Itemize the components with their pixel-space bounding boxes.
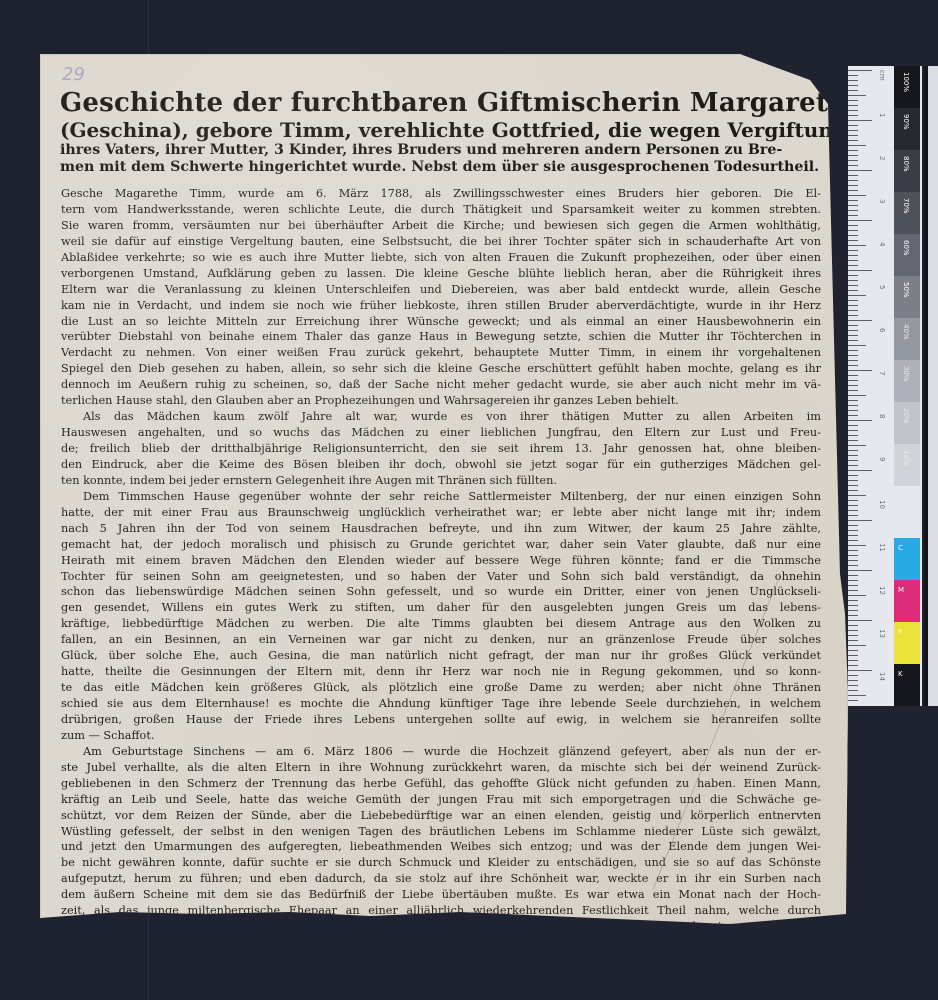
ruler-tick [848, 485, 858, 486]
ruler-tick [848, 230, 858, 231]
ruler-tick [848, 300, 858, 301]
ruler-tick [848, 620, 872, 621]
gray-patch-label: 90% [902, 114, 910, 130]
ruler-tick [848, 320, 872, 321]
ruler-label: 7 [878, 371, 886, 375]
ruler-tick [848, 360, 858, 361]
ruler-label: 5 [878, 285, 886, 289]
gray-patch: 50% [894, 276, 920, 318]
ruler-tick [848, 270, 872, 271]
body-text-line: hatte, theilte die Gesinnungen der Elter… [61, 664, 821, 680]
body-text-line: Mann gegenüber, der ihr seine Huldigunge… [61, 983, 821, 999]
ruler-tick [848, 475, 858, 476]
ruler-tick [848, 80, 858, 81]
gray-patch: 60% [894, 234, 920, 276]
ruler-label: 8 [878, 414, 886, 418]
body-text-line: gen gesendet, Willens ein gutes Werk zu … [61, 600, 821, 616]
color-patch-label: Y [898, 628, 902, 636]
ruler-label: 10 [878, 500, 886, 509]
ruler-tick [848, 155, 858, 156]
color-patch-label: M [898, 586, 904, 594]
ruler-tick [848, 530, 858, 531]
ruler-tick [848, 495, 866, 496]
ruler-tick [848, 170, 872, 171]
ruler-tick [848, 675, 858, 676]
body-text-line: und jetzt den Umarmungen des aufgeregten… [61, 839, 821, 855]
ruler-label: 6 [878, 328, 886, 332]
ruler-label: 3 [878, 199, 886, 203]
ruler-label: cm [878, 70, 886, 81]
ruler-tick [848, 540, 858, 541]
ruler-tick [848, 70, 872, 71]
ruler-tick [848, 225, 858, 226]
ruler-label: 12 [878, 586, 886, 595]
ruler-tick [848, 310, 858, 311]
ruler-tick [848, 500, 858, 501]
ruler-tick [848, 205, 858, 206]
body-text-line: schied sie aus dem Elternhause! es mocht… [61, 696, 821, 712]
ruler-tick [848, 440, 858, 441]
body-text-line: Glück, über solche Ehe, auch Gesina, die… [61, 648, 821, 664]
body-text-line: Sie waren fromm, versäumten nur bei über… [61, 218, 821, 234]
color-patch-c: C [894, 538, 920, 580]
body-text-line: Freund galt, geladen. Er war, wenn auch … [61, 951, 821, 967]
body-text-line: gen gewandter Mann, der für die Gesellsc… [61, 967, 821, 983]
ruler-tick [848, 635, 858, 636]
ruler-tick [848, 460, 858, 461]
ruler-tick [848, 330, 858, 331]
ruler-tick [848, 175, 858, 176]
ruler-tick [848, 255, 858, 256]
gray-patch: 70% [894, 192, 920, 234]
body-text-line: Spiegel den Dieb gesehen zu haben, allei… [61, 361, 821, 377]
ruler-tick [848, 430, 858, 431]
body-text-line: Wüstling gefesselt, der selbst in den we… [61, 824, 821, 840]
gray-patch-label: 40% [902, 324, 910, 340]
ruler-tick [848, 355, 858, 356]
body-text-line: kräftige, liebbedürftige Mädchen zu werb… [61, 616, 821, 632]
body-text-line: Als das Mädchen kaum zwölf Jahre alt war… [61, 409, 821, 425]
ruler-tick [848, 110, 858, 111]
ruler-tick [848, 435, 858, 436]
ruler-tick [848, 180, 858, 181]
body-text-line: den Eindruck, aber die Keime des Bösen b… [61, 457, 821, 473]
ruler-tick [848, 200, 858, 201]
ruler-tick [848, 340, 858, 341]
body-text-line: verübter Diebstahl von beinahe einem Tha… [61, 329, 821, 345]
ruler-tick [848, 520, 872, 521]
ruler-tick [848, 600, 858, 601]
ruler-tick [848, 560, 858, 561]
archive-pencil-mark: 29 [62, 64, 85, 85]
body-text-line: Verdacht zu nehmen. Von einer weißen Fra… [61, 345, 821, 361]
ruler-tick [848, 580, 858, 581]
body-text-line: mehrere Tage dauernd, an die Freuden des… [61, 919, 821, 935]
document-page: 29 Geschichte der furchtbaren Giftmische… [40, 54, 848, 924]
body-text-line: tern vom Handwerksstande, weren schlicht… [61, 202, 821, 218]
ruler-tick [848, 525, 858, 526]
ruler-tick [848, 105, 858, 106]
ruler-tick [848, 570, 872, 571]
ruler-label: 4 [878, 242, 886, 246]
ruler-tick [848, 690, 858, 691]
title-line-2: (Geschina), gebore Timm, verehlichte Got… [60, 118, 840, 142]
ruler-tick [848, 125, 858, 126]
ruler-tick [848, 235, 858, 236]
body-text-line: Eltern war die Veranlassung zu kleinen U… [61, 282, 821, 298]
gray-patch-label: 20% [902, 408, 910, 424]
ruler-tick [848, 410, 858, 411]
gray-patch-label: 80% [902, 156, 910, 172]
body-text-line: Gottfried, ein Reisender in Weingeschäft… [61, 935, 821, 951]
ruler-tick [848, 220, 872, 221]
ruler-tick [848, 505, 858, 506]
cm-ruler: cm1234567891011121314 [848, 66, 892, 706]
gray-patch-label: 60% [902, 240, 910, 256]
ruler-tick [848, 605, 858, 606]
ruler-tick [848, 445, 866, 446]
ruler-tick [848, 285, 858, 286]
body-text-line: drübrigen, großen Hause der Friede ihres… [61, 712, 821, 728]
ruler-tick [848, 625, 858, 626]
body-text-line: Tochter für seinen Sohn am geeignetesten… [61, 569, 821, 585]
ruler-tick [848, 305, 858, 306]
ruler-tick [848, 335, 858, 336]
ruler-tick [848, 260, 858, 261]
ruler-tick [848, 135, 858, 136]
ruler-tick [848, 245, 866, 246]
ruler-tick [848, 655, 858, 656]
title-line-3: ihres Vaters, ihrer Mutter, 3 Kinder, ih… [60, 142, 840, 159]
body-text-line: schon das liebenswürdige Mädchen seinen … [61, 584, 821, 600]
ruler-tick [848, 275, 858, 276]
ruler-tick [848, 565, 858, 566]
scan-backdrop-top [0, 0, 938, 60]
gray-patch: 10% [894, 444, 920, 486]
ruler-tick [848, 380, 858, 381]
ruler-tick [848, 395, 866, 396]
body-text-line: te das eitle Mädchen kein größeres Glück… [61, 680, 821, 696]
title-line-4: men mit dem Schwerte hingerichtet wurde.… [60, 159, 840, 176]
body-text-line: verborgenen Umstand, Aufklärung geben zu… [61, 266, 821, 282]
ruler-label: 1 [878, 113, 886, 117]
body-text-line: kräftig an Leib und Seele, hatte das wei… [61, 792, 821, 808]
gray-patch: 40% [894, 318, 920, 360]
strip-edge [928, 66, 938, 706]
body-text-line: weil sie dafür auf einstige Vergeltung b… [61, 234, 821, 250]
body-text-line: gebliebenen in den Schmerz der Trennung … [61, 776, 821, 792]
ruler-tick [848, 660, 858, 661]
ruler-tick [848, 640, 858, 641]
body-text-line: schützt, vor dem Reizen der Sünde, aber … [61, 808, 821, 824]
ruler-tick [848, 585, 858, 586]
ruler-tick [848, 345, 866, 346]
ruler-tick [848, 145, 866, 146]
ruler-tick [848, 90, 858, 91]
ruler-label: 13 [878, 629, 886, 638]
body-text-line: be nicht gewähren konnte, dafür suchte e… [61, 855, 821, 871]
gray-and-color-patches: 100%90%80%70%60%50%40%30%20%10%CMYK [892, 66, 922, 706]
body-text-line: Dem Timmschen Hause gegenüber wohnte der… [61, 489, 821, 505]
body-text-line: zum — Schaffot. [61, 728, 821, 744]
ruler-tick [848, 100, 858, 101]
ruler-tick [848, 210, 858, 211]
ruler-tick [848, 400, 858, 401]
ruler-tick [848, 215, 858, 216]
body-text-line: Hauswesen angehalten, und so wuchs das M… [61, 425, 821, 441]
ruler-tick [848, 575, 858, 576]
body-text-line: de; freilich blieb der dritthalbjährige … [61, 441, 821, 457]
body-text-line: hatte, der mit einer Frau aus Braunschwe… [61, 505, 821, 521]
ruler-tick [848, 465, 858, 466]
ruler-tick [848, 645, 866, 646]
gray-patch-label: 50% [902, 282, 910, 298]
ruler-tick [848, 185, 858, 186]
ruler-tick [848, 290, 858, 291]
ruler-tick [848, 375, 858, 376]
ruler-tick [848, 515, 858, 516]
ruler-tick [848, 545, 866, 546]
gray-patch: 90% [894, 108, 920, 150]
ruler-tick [848, 700, 858, 701]
ruler-tick [848, 365, 858, 366]
ruler-tick [848, 250, 858, 251]
ruler-tick [848, 115, 858, 116]
title-line-1: Geschichte der furchtbaren Giftmischerin… [60, 88, 840, 118]
body-text-line: dennoch im Aeußern ruhig zu scheinen, so… [61, 377, 821, 393]
color-patch-label: C [898, 544, 903, 552]
color-patch-m: M [894, 580, 920, 622]
ruler-tick [848, 95, 866, 96]
body-text-line: ste Jubel verhallte, als die alten Elter… [61, 760, 821, 776]
ruler-label: 14 [878, 672, 886, 681]
ruler-tick [848, 160, 858, 161]
ruler-tick [848, 595, 866, 596]
body-text-line: Gesche Magarethe Timm, wurde am 6. März … [61, 186, 821, 202]
ruler-tick [848, 510, 858, 511]
ruler-tick [848, 680, 858, 681]
body-text-line: die Lust an so leichte Mitteln zur Errei… [61, 314, 821, 330]
ruler-tick [848, 370, 872, 371]
gray-patch: 100% [894, 66, 920, 108]
ruler-tick [848, 325, 858, 326]
body-text-line: aufgeputzt, herum zu führen; und eben da… [61, 871, 821, 887]
gray-patch-label: 10% [902, 450, 910, 466]
ruler-tick [848, 490, 858, 491]
ruler-tick [848, 405, 858, 406]
ruler-tick [848, 610, 858, 611]
document-body: Gesche Magarethe Timm, wurde am 6. März … [61, 186, 821, 999]
gray-patch: 20% [894, 402, 920, 444]
ruler-tick [848, 420, 872, 421]
ruler-tick [848, 555, 858, 556]
gray-patch: 30% [894, 360, 920, 402]
body-text-line: Ablaßidee verkehrte; so wie es auch ihre… [61, 250, 821, 266]
ruler-tick [848, 165, 858, 166]
ruler-tick [848, 150, 858, 151]
body-text-line: terlichen Hause stahl, den Glauben aber … [61, 393, 821, 409]
body-text-line: dem äußern Scheine mit dem sie das Bedür… [61, 887, 821, 903]
ruler-tick [848, 75, 858, 76]
ruler-tick [848, 315, 858, 316]
ruler-tick [848, 670, 872, 671]
ruler-tick [848, 280, 858, 281]
ruler-tick [848, 695, 866, 696]
ruler-tick [848, 665, 858, 666]
ruler-tick [848, 425, 858, 426]
ruler-tick [848, 390, 858, 391]
ruler-label: 11 [878, 543, 886, 552]
ruler-tick [848, 85, 858, 86]
ruler-tick [848, 615, 858, 616]
ruler-label: 9 [878, 457, 886, 461]
color-patch-y: Y [894, 622, 920, 664]
ruler-tick [848, 650, 858, 651]
body-text-line: Heirath mit einem braven Mädchen den Ele… [61, 553, 821, 569]
ruler-tick [848, 455, 858, 456]
ruler-tick [848, 120, 872, 121]
ruler-tick [848, 350, 858, 351]
color-patch-k: K [894, 664, 920, 706]
ruler-label: 2 [878, 156, 886, 160]
body-text-line: kam nie in Verdacht, und indem sie noch … [61, 298, 821, 314]
ruler-tick [848, 195, 866, 196]
body-text-line: gemacht hat, der jedoch moralisch und ph… [61, 537, 821, 553]
color-patch-label: K [898, 670, 903, 678]
ruler-tick [848, 535, 858, 536]
ruler-tick [848, 590, 858, 591]
ruler-tick [848, 450, 858, 451]
ruler-tick [848, 385, 858, 386]
body-text-line: ten konnte, indem bei jeder ernstern Gel… [61, 473, 821, 489]
ruler-tick [848, 265, 858, 266]
body-text-line: nach 5 Jahren ihn der Tod von seinem Hau… [61, 521, 821, 537]
body-text-line: zeit, als das junge miltenbergische Ehep… [61, 903, 821, 919]
ruler-tick [848, 295, 866, 296]
ruler-tick [848, 240, 858, 241]
gray-patch-label: 30% [902, 366, 910, 382]
ruler-tick [848, 470, 872, 471]
gray-patch-label: 100% [902, 72, 910, 92]
ruler-tick [848, 190, 858, 191]
ruler-tick [848, 140, 858, 141]
ruler-tick [848, 415, 858, 416]
ruler-tick [848, 480, 858, 481]
ruler-tick [848, 550, 858, 551]
color-scale-strip: cm1234567891011121314 100%90%80%70%60%50… [848, 66, 938, 706]
ruler-tick [848, 630, 858, 631]
document-title: Geschichte der furchtbaren Giftmischerin… [60, 88, 840, 176]
ruler-tick [848, 130, 858, 131]
gray-patch-label: 70% [902, 198, 910, 214]
body-text-line: fallen, an ein Besinnen, an ein Verneine… [61, 632, 821, 648]
ruler-tick [848, 685, 858, 686]
gray-patch: 80% [894, 150, 920, 192]
